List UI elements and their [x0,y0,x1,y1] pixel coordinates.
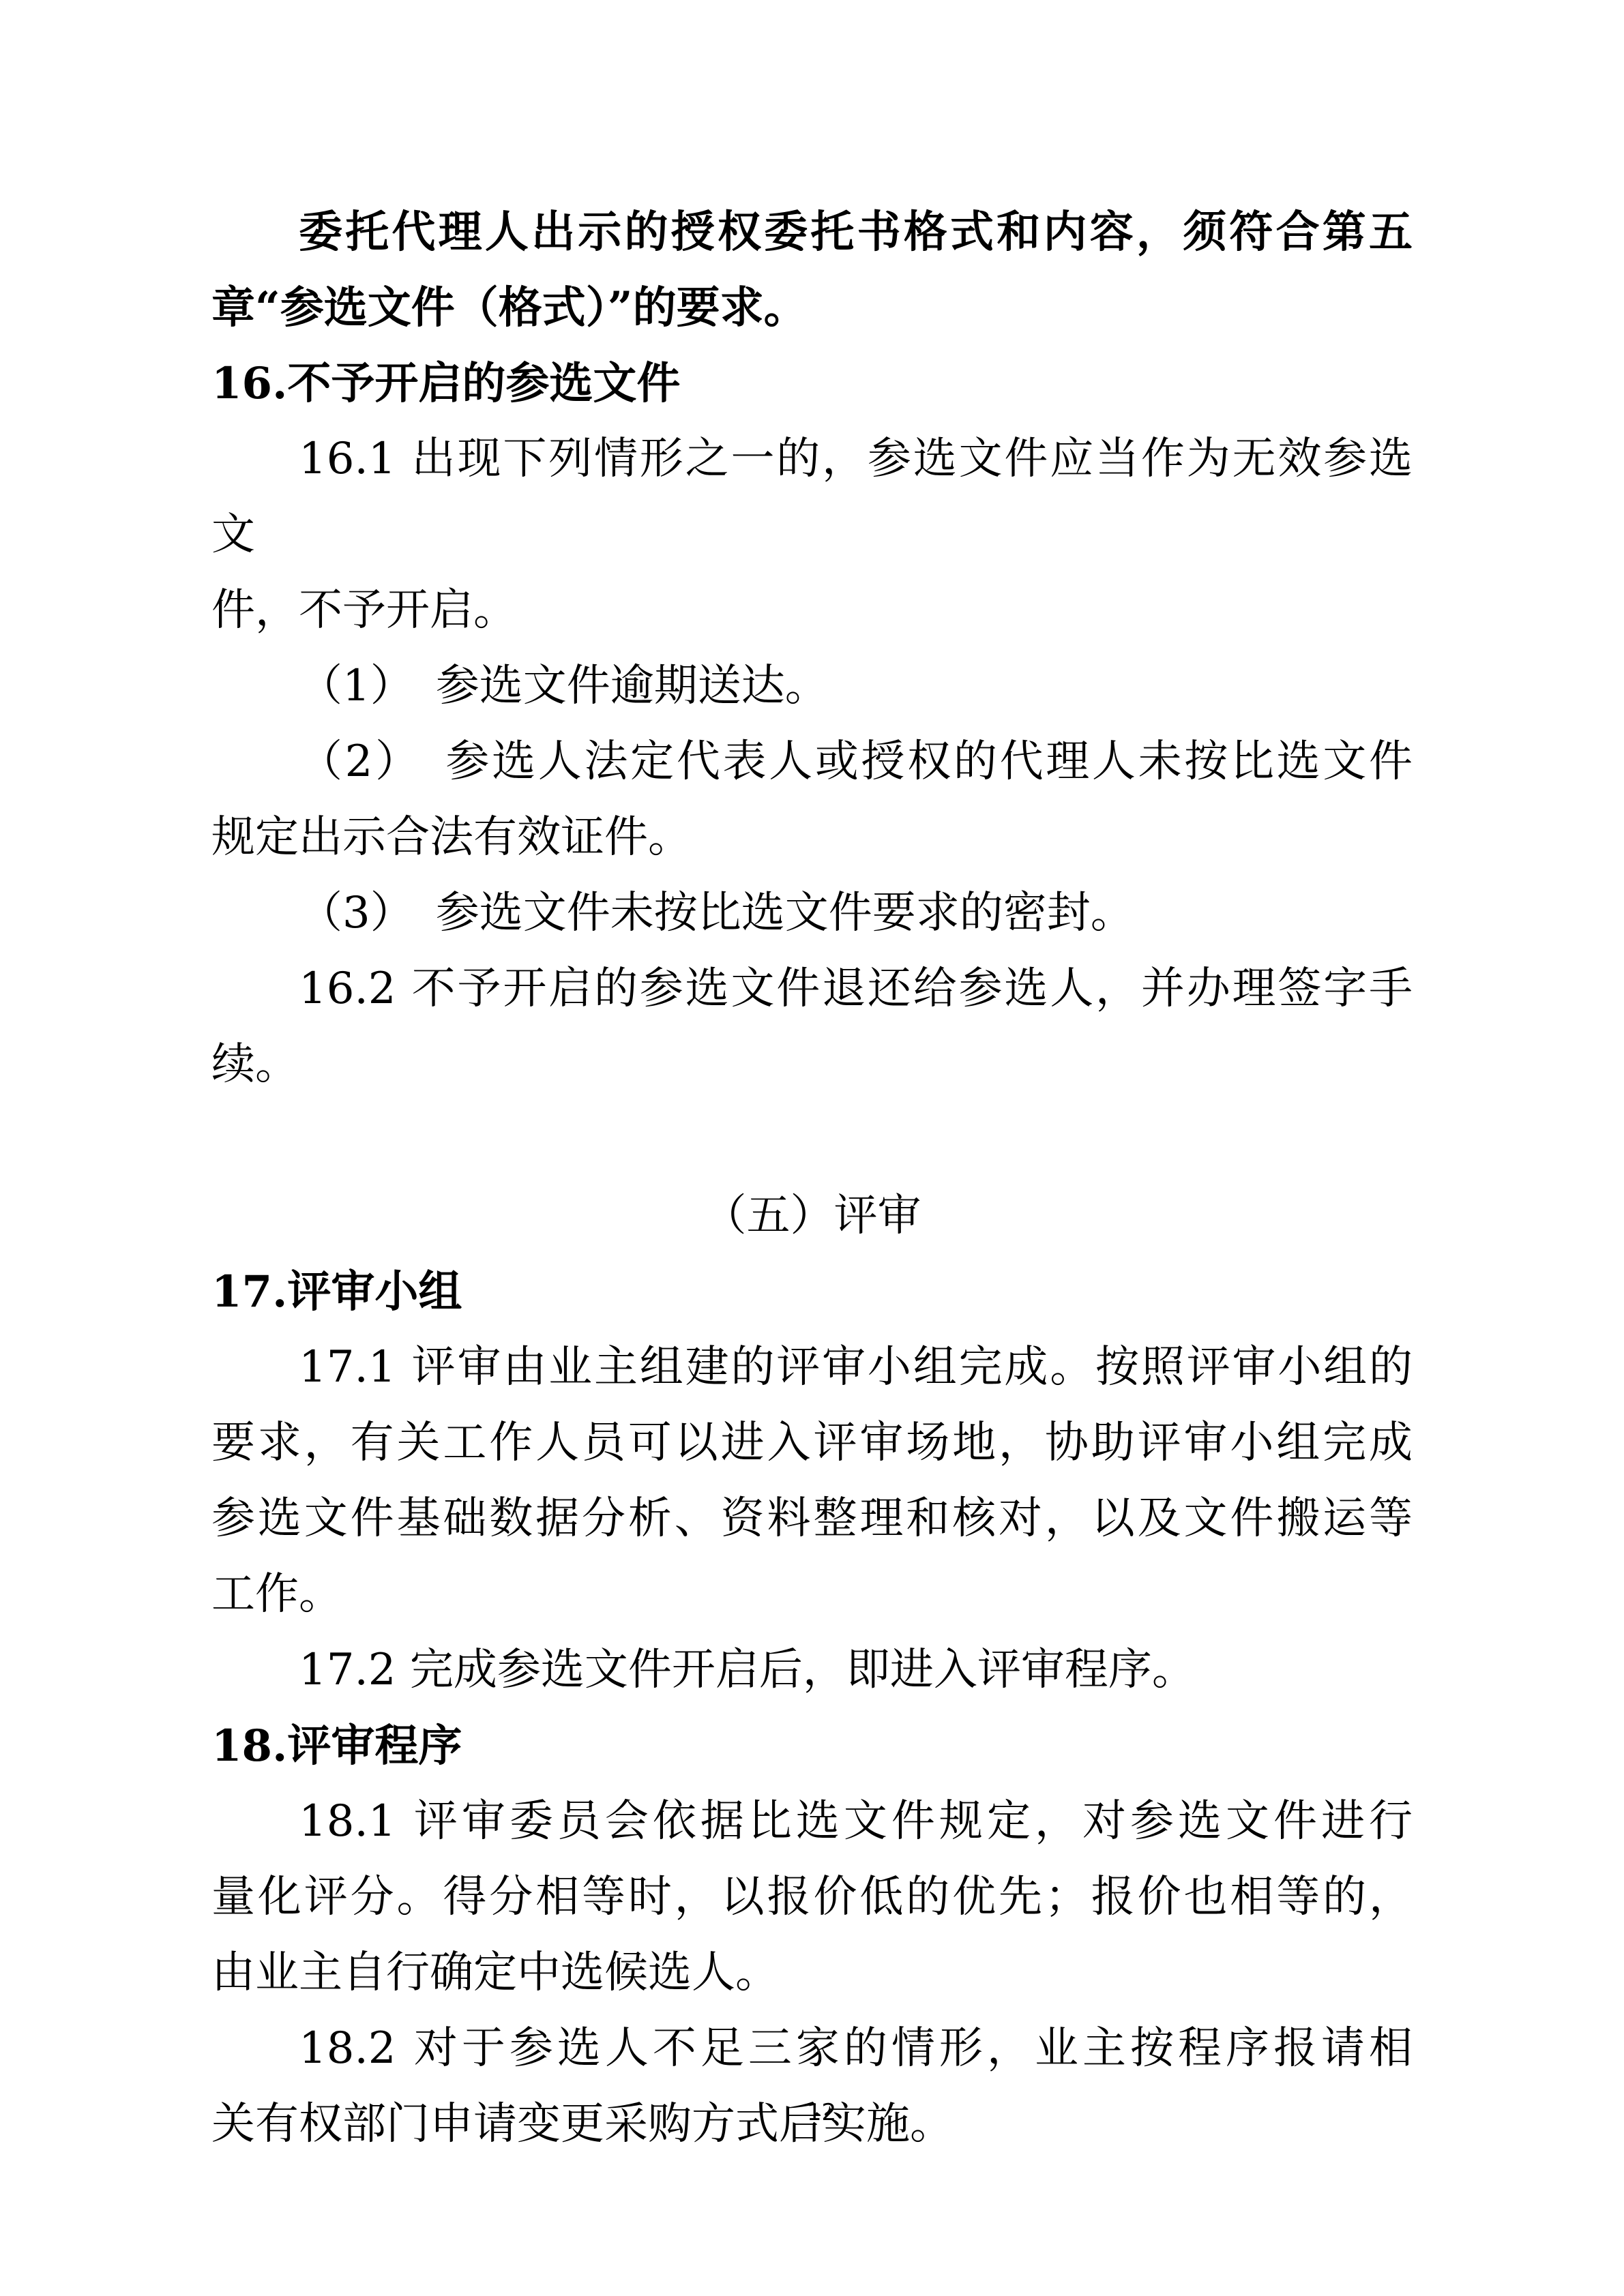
section-heading-5-review: （五）评审 [211,1178,1413,1254]
section-heading-16: 16.不予开启的参选文件 [211,346,1413,421]
text-line: 18.1 评审委员会依据比选文件规定，对参选文件进行 [211,1784,1413,1860]
text-line: 规定出示合法有效证件。 [211,800,1413,876]
text-line: （1） 参选文件逾期送达。 [211,648,1413,724]
text-line: （3） 参选文件未按比选文件要求的密封。 [211,876,1413,951]
document-page: 委托代理人出示的授权委托书格式和内容，须符合第五章“参选文件（格式）”的要求。1… [0,0,1624,2296]
text-line: 续。 [211,1027,1413,1103]
text-line: 工作。 [211,1557,1413,1632]
text-line: 17.2 完成参选文件开启后，即进入评审程序。 [211,1632,1413,1708]
text-line: 16.1 出现下列情形之一的，参选文件应当作为无效参选文 [211,421,1413,573]
document-body: 委托代理人出示的授权委托书格式和内容，须符合第五章“参选文件（格式）”的要求。1… [211,194,1413,2162]
text-line: 17.1 评审由业主组建的评审小组完成。按照评审小组的 [211,1330,1413,1405]
text-line: 要求，有关工作人员可以进入评审场地，协助评审小组完成 [211,1405,1413,1481]
text-line: 18.2 对于参选人不足三家的情形，业主按程序报请相 [211,2011,1413,2087]
text-line: 件，不予开启。 [211,573,1413,648]
blank-line [211,1103,1413,1178]
section-heading-18: 18.评审程序 [211,1708,1413,1784]
text-line: （2） 参选人法定代表人或授权的代理人未按比选文件 [211,724,1413,800]
page-number: 12 [0,2099,1624,2126]
text-line: 章“参选文件（格式）”的要求。 [211,270,1413,346]
section-heading-17: 17.评审小组 [211,1254,1413,1330]
text-line: 16.2 不予开启的参选文件退还给参选人，并办理签字手 [211,951,1413,1027]
text-line: 由业主自行确定中选候选人。 [211,1935,1413,2011]
text-line: 委托代理人出示的授权委托书格式和内容，须符合第五 [211,194,1413,270]
text-line: 量化评分。得分相等时，以报价低的优先；报价也相等的， [211,1860,1413,1935]
text-line: 参选文件基础数据分析、资料整理和核对，以及文件搬运等 [211,1481,1413,1557]
